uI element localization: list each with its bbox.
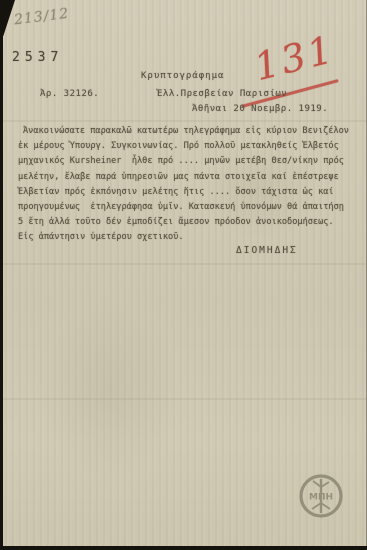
- body-line: Ἀνακοινώσατε παρακαλῶ κατωτέρω τηλεγράφη…: [18, 124, 358, 139]
- document-type-heading: Κρυπτογράφημα: [141, 71, 224, 81]
- paper-fold-line: [3, 263, 366, 265]
- place-date-line: Ἀθῆναι 20 Νοεμβρ. 1919.: [192, 104, 328, 114]
- body-line: ἐκ μέρους Ὑπουργ. Συγκοινωνίας. Πρό πολλ…: [18, 139, 358, 154]
- body-line: μηχανικός Kursheiner ἦλθε πρό .... μηνῶν…: [18, 154, 358, 169]
- body-line: προηγουμένως ἐτηλεγράφησα ὑμῖν. Κατασκευ…: [18, 200, 358, 215]
- recipient-line: Ἑλλ.Πρεσβείαν Παρισίων: [157, 89, 287, 99]
- scan-edge-bottom: [0, 546, 367, 550]
- scan-edge-left: [0, 0, 3, 550]
- scan-corner-wedge: [0, 0, 15, 36]
- stamp-letters: ΜΠΗ: [309, 493, 333, 503]
- body-line: μελέτην, ἔλαβε παρά ὑπηρεσιῶν μας πάντα …: [18, 170, 358, 185]
- signature-diomidis: ΔΙΟΜΗΔΗΣ: [236, 245, 298, 256]
- paper-fold-line: [3, 120, 366, 122]
- archive-stamp-icon: ΜΠΗ: [298, 473, 344, 519]
- protocol-number: Ἀρ. 32126.: [40, 89, 99, 99]
- red-handwritten-number: 131: [250, 27, 340, 89]
- register-number: 2537: [12, 50, 63, 65]
- body-line: Εἰς ἀπάντησιν ὑμετέρου σχετικοῦ.: [18, 230, 358, 245]
- body-line: 5 ἔτη ἀλλά τοῦτο δέν ἐμποδίζει ἄμεσον πρ…: [18, 215, 358, 230]
- telegram-body: Ἀνακοινώσατε παρακαλῶ κατωτέρω τηλεγράφη…: [18, 124, 358, 246]
- paper-stain: [40, 300, 180, 480]
- telegram-document: 213/12 2537 131 Κρυπτογράφημα Ἀρ. 32126.…: [0, 0, 367, 550]
- body-line: Ἑλβετίαν πρός ἐκπόνησιν μελέτης ἥτις ...…: [18, 185, 358, 200]
- pencil-filing-note: 213/12: [13, 6, 70, 29]
